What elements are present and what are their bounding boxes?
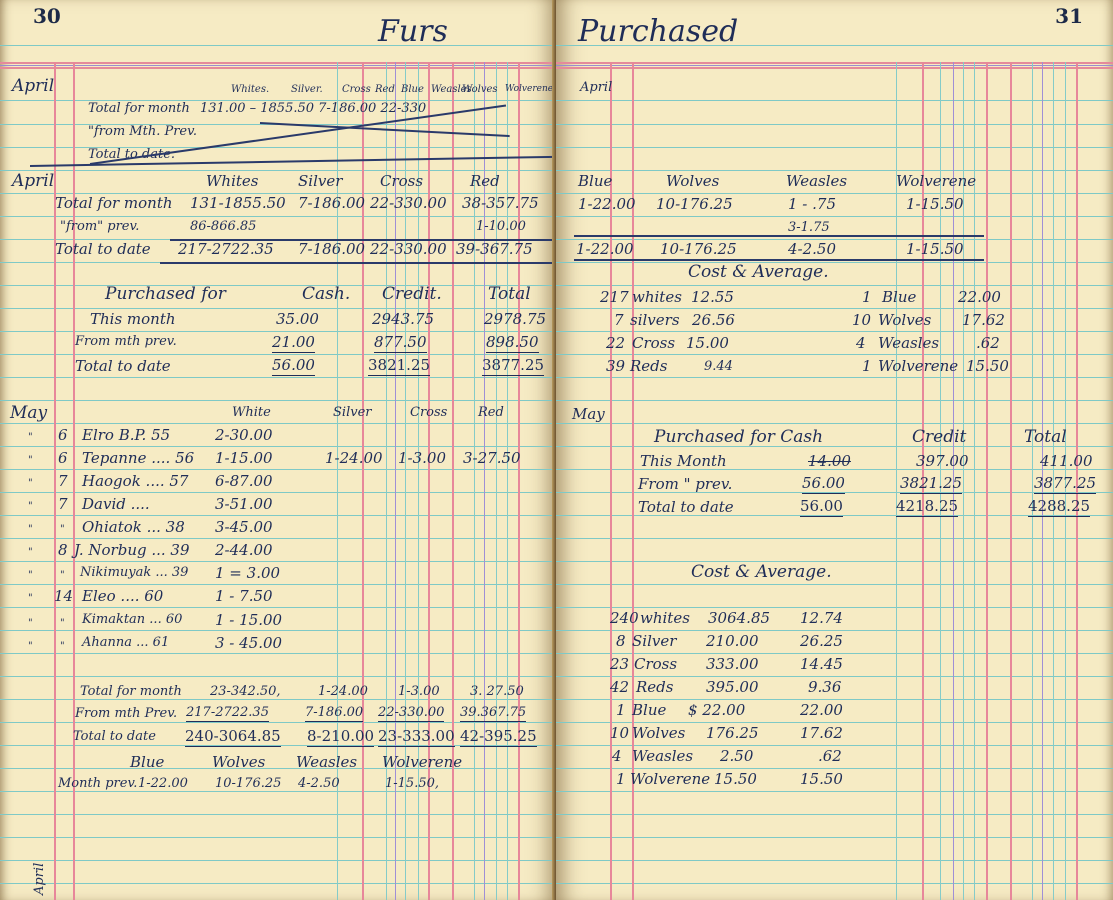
rule: [0, 45, 556, 46]
cost-qty: 23: [610, 655, 629, 673]
cost-qty: 1: [616, 770, 626, 788]
column-header: Red: [375, 84, 395, 95]
rule: [0, 699, 556, 700]
cell-credit: 877.50: [374, 333, 427, 353]
cost-total: 3064.85: [708, 609, 770, 627]
cost-qty: 4: [612, 747, 622, 765]
cost-name: whites: [632, 288, 682, 306]
cell-white: 240-3064.85: [185, 727, 281, 747]
margin-rule: [54, 62, 56, 900]
cell-silver: 1-24.00: [318, 684, 368, 699]
rule: [0, 65, 556, 66]
cell-total: 4288.25: [1028, 497, 1090, 517]
cost-avg: .62: [976, 334, 1000, 352]
cell-red: 3. 27.50: [470, 684, 524, 699]
rule: [0, 791, 556, 792]
rule: [0, 515, 556, 516]
entry-day: 6: [58, 426, 68, 444]
cost-total: 395.00: [706, 678, 759, 696]
cost-name: Cross: [634, 655, 677, 673]
cell-cross: 22-330.00: [370, 240, 447, 258]
column-header-red: Red: [478, 405, 504, 420]
row-values: 131.00 – 1855.50 7-186.00 22-330: [200, 101, 426, 116]
rule: [0, 630, 556, 631]
cell-whites: 131-1855.50: [190, 194, 286, 212]
entry-name: Tepanne .... 56: [82, 449, 194, 467]
cell-red: 39-367.75: [456, 240, 533, 258]
row-label: Total to date: [73, 729, 156, 744]
cell-whites: 217-2722.35: [178, 240, 274, 258]
rule: [556, 561, 1113, 562]
cost-avg: 9.36: [808, 678, 841, 696]
rule: [556, 400, 1113, 401]
page-title-purchased: Purchased: [578, 14, 738, 49]
cell-total: 2978.75: [484, 310, 546, 328]
rule: [556, 538, 1113, 539]
column-header-wolverene: Wolverene: [382, 753, 462, 771]
ditto-mark: ": [28, 570, 33, 581]
cell-total: 411.00: [1040, 452, 1093, 470]
column-header-cross: Cross: [380, 172, 423, 190]
row-label: Total to date: [75, 357, 171, 375]
cost-qty: 8: [616, 632, 626, 650]
cost-total: 176.25: [706, 724, 759, 742]
rule: [556, 768, 1113, 769]
column-header-white: White: [232, 405, 271, 420]
rule-red-top: [0, 62, 556, 64]
cost-avg: 17.62: [962, 311, 1005, 329]
ditto-mark: ": [28, 593, 33, 604]
row-label: Total for month: [88, 101, 190, 116]
cell-credit: 4218.25: [896, 497, 958, 517]
rule: [0, 400, 556, 401]
row-label: From mth Prev.: [75, 706, 177, 721]
column-rule: [1010, 62, 1012, 900]
ledger-page-right: 31 Purchased: [556, 0, 1113, 900]
cost-avg: 26.25: [800, 632, 843, 650]
cost-avg: 12.55: [691, 288, 734, 306]
section-heading: Cost & Average.: [688, 262, 829, 282]
cost-avg: 22.00: [958, 288, 1001, 306]
rule: [0, 883, 556, 884]
cost-qty: 4: [856, 334, 866, 352]
column-rule: [428, 62, 430, 900]
cell-cash-struck: 14.00: [808, 452, 851, 470]
rule: [0, 469, 556, 470]
cell-wolverene: 1-15.50: [906, 240, 964, 258]
cell-wolves: 10-176.25: [660, 240, 737, 258]
rule: [556, 308, 1113, 309]
column-header-silver: Silver: [333, 405, 371, 420]
rule: [556, 676, 1113, 677]
rule: [556, 722, 1113, 723]
column-header: Silver.: [291, 84, 323, 95]
rule: [0, 170, 556, 171]
ditto-mark: ": [28, 641, 33, 652]
cell-cash: 56.00: [800, 497, 843, 517]
rule: [0, 561, 556, 562]
column-header-wolves: Wolves: [666, 172, 719, 190]
entry-white: 3 - 45.00: [215, 634, 282, 652]
cell-credit: 3821.25: [900, 474, 962, 494]
cost-qty: 22: [606, 334, 625, 352]
column-rule: [986, 62, 988, 900]
row-label: This Month: [640, 452, 727, 470]
entry-name: Eleo .... 60: [82, 587, 163, 605]
rule: [556, 814, 1113, 815]
cost-qty: 217: [600, 288, 629, 306]
cell-weasles: 4-2.50: [788, 240, 836, 258]
rule: [0, 216, 556, 217]
rule: [556, 216, 1113, 217]
cost-name: Wolverene: [630, 770, 710, 788]
rule: [556, 65, 1113, 66]
cell-blue: 1-22.00: [578, 195, 636, 213]
row-label: Month prev.: [58, 776, 137, 791]
column-rule: [518, 62, 520, 900]
rule: [556, 193, 1113, 194]
entry-name: Nikimuyak ... 39: [80, 565, 188, 580]
cell-silver: 7-186.00: [298, 240, 365, 258]
month-label: April: [12, 171, 54, 191]
entry-white: 1 - 15.00: [215, 611, 282, 629]
row-label: Total for month: [55, 194, 173, 212]
cell-wolves: 10-176.25: [215, 776, 281, 791]
cell-red: 42-395.25: [460, 727, 537, 747]
entry-white: 1-15.00: [215, 449, 273, 467]
entry-cross: 1-3.00: [398, 449, 446, 467]
row-label: Total for month: [80, 684, 182, 699]
row-label: Total to date.: [88, 147, 175, 162]
column-header-credit: Credit.: [382, 284, 442, 304]
cell-red: 1-10.00: [476, 219, 526, 234]
entry-day: 14: [54, 587, 73, 605]
rule: [556, 791, 1113, 792]
row-label: Total to date: [638, 498, 734, 516]
cost-name: Wolverene: [878, 357, 958, 375]
cell-wolverene: 1-15.50: [906, 195, 964, 213]
cell-white: 217-2722.35: [186, 705, 269, 722]
cell-wolves: 10-176.25: [656, 195, 733, 213]
rule: [0, 492, 556, 493]
column-header-wolverene: Wolverene: [896, 172, 976, 190]
row-label: From " prev.: [638, 475, 732, 493]
column-header-red: Red: [470, 172, 500, 190]
entry-name: Ahanna ... 61: [82, 635, 169, 650]
cost-avg: 22.00: [800, 701, 843, 719]
entry-name: Ohiatok ... 38: [82, 518, 185, 536]
cell-white: 23-342.50,: [210, 684, 281, 699]
cell-credit: 2943.75: [372, 310, 434, 328]
cell-whites: 86-866.85: [190, 219, 256, 234]
section-heading: Purchased for Cash: [654, 427, 823, 447]
ditto-mark: ": [28, 478, 33, 489]
rule: [556, 331, 1113, 332]
cell-silver: 7-186.00: [305, 705, 363, 722]
cell-cash: 35.00: [276, 310, 319, 328]
rule: [556, 699, 1113, 700]
cost-qty: 1: [616, 701, 626, 719]
cost-name: Blue: [882, 288, 916, 306]
ditto-mark: ": [28, 501, 33, 512]
ledger-spread: 30 Furs: [0, 0, 1113, 900]
rule: [0, 768, 556, 769]
entry-white: 6-87.00: [215, 472, 273, 490]
entry-white: 3-45.00: [215, 518, 273, 536]
section-heading: Purchased for: [105, 284, 226, 304]
cost-name: Weasles: [878, 334, 939, 352]
cost-qty: 10: [852, 311, 871, 329]
rule: [556, 170, 1113, 171]
cost-name: silvers: [630, 311, 680, 329]
cell-cash: 56.00: [272, 356, 315, 376]
cost-qty: 39: [606, 357, 625, 375]
page-title-furs: Furs: [378, 14, 448, 49]
ditto-mark: ": [28, 455, 33, 466]
rule: [0, 308, 556, 309]
rule: [0, 837, 556, 838]
column-header-total: Total: [1024, 427, 1067, 447]
cell-credit: 3821.25: [368, 356, 430, 376]
cell-weasles: 1 - .75: [788, 195, 836, 213]
rule: [0, 354, 556, 355]
entry-name: Haogok .... 57: [82, 472, 188, 490]
column-header-cross: Cross: [410, 405, 447, 420]
cell-cross: 22-330.00: [370, 194, 447, 212]
cost-qty: 1: [862, 288, 872, 306]
cost-total: 210.00: [706, 632, 759, 650]
rule: [0, 285, 556, 286]
cost-qty: 42: [610, 678, 629, 696]
rule: [556, 100, 1113, 101]
cell-wolverene: 1-15.50,: [385, 776, 439, 791]
cost-avg: 12.74: [800, 609, 843, 627]
cost-name: Reds: [636, 678, 673, 696]
rule: [0, 331, 556, 332]
rule-red-top: [0, 67, 556, 69]
page-number-left: 30: [33, 4, 61, 28]
cost-avg: 15.50: [800, 770, 843, 788]
column-header-blue: Blue: [130, 753, 164, 771]
entry-name: J. Norbug ... 39: [74, 541, 190, 559]
entry-white: 2-44.00: [215, 541, 273, 559]
cell-total: 3877.25: [1034, 474, 1096, 494]
rule: [556, 262, 1113, 263]
cost-qty: 7: [614, 311, 624, 329]
cell-cash: 21.00: [272, 333, 315, 353]
column-rule: [452, 62, 454, 900]
rule: [0, 860, 556, 861]
column-header-cash: Cash.: [302, 284, 350, 304]
entry-day: ": [60, 618, 65, 629]
rule: [0, 653, 556, 654]
rule: [0, 538, 556, 539]
cell-cash: 56.00: [802, 474, 845, 494]
entry-silver: 1-24.00: [325, 449, 383, 467]
cost-avg: 15.00: [686, 334, 729, 352]
cost-qty: 10: [610, 724, 629, 742]
entry-red: 3-27.50: [463, 449, 521, 467]
month-label: May: [10, 403, 47, 423]
cell-credit: 397.00: [916, 452, 969, 470]
entry-white: 1 = 3.00: [215, 564, 280, 582]
cell-silver: 8-210.00: [307, 727, 374, 747]
rule-red-top: [556, 67, 1113, 69]
row-label: "from Mth. Prev.: [88, 124, 197, 139]
rule: [556, 285, 1113, 286]
rule: [556, 377, 1113, 378]
cost-avg: 15.50: [966, 357, 1009, 375]
rule: [556, 745, 1113, 746]
rule: [556, 423, 1113, 424]
rule: [0, 722, 556, 723]
column-header: Cross: [342, 84, 371, 95]
rule: [556, 45, 1113, 46]
cost-total: $ 22.00: [688, 701, 745, 719]
column-header: Wolverene: [505, 84, 553, 94]
cost-total: 333.00: [706, 655, 759, 673]
rule: [0, 147, 556, 148]
sum-underline: [574, 235, 984, 237]
rule: [0, 676, 556, 677]
cost-name: Weasles: [632, 747, 693, 765]
cell-weasles: 3-1.75: [788, 220, 830, 235]
cell-weasles: 4-2.50: [298, 776, 340, 791]
cost-name: Reds: [630, 357, 667, 375]
rule: [556, 354, 1113, 355]
month-label: April: [12, 76, 54, 96]
column-header-weasles: Weasles: [296, 753, 357, 771]
sum-underline: [160, 262, 555, 264]
column-header-whites: Whites: [206, 172, 258, 190]
cost-total: 15.50: [714, 770, 757, 788]
rule: [0, 584, 556, 585]
margin-rule: [73, 62, 75, 900]
ditto-mark: ": [28, 618, 33, 629]
entry-day: 7: [58, 472, 68, 490]
sum-underline: [574, 259, 984, 261]
rule: [0, 814, 556, 815]
column-rule: [1032, 62, 1033, 900]
entry-white: 3-51.00: [215, 495, 273, 513]
ditto-mark: ": [28, 524, 33, 535]
cost-name: Blue: [632, 701, 666, 719]
ditto-mark: ": [28, 432, 33, 443]
cell-total: 898.50: [486, 333, 539, 353]
rule: [556, 860, 1113, 861]
row-label: This month: [90, 310, 176, 328]
cell-blue: 1-22.00: [138, 776, 188, 791]
column-header: Blue: [401, 84, 424, 95]
margin-note-april: April: [32, 863, 47, 895]
entry-white: 2-30.00: [215, 426, 273, 444]
row-label: From mth prev.: [75, 334, 177, 349]
rule: [556, 837, 1113, 838]
cost-name: whites: [640, 609, 690, 627]
entry-day: ": [60, 641, 65, 652]
column-header-wolves: Wolves: [212, 753, 265, 771]
rule: [556, 584, 1113, 585]
cost-avg: 26.56: [692, 311, 735, 329]
row-label: Total to date: [55, 240, 151, 258]
section-heading: Cost & Average.: [691, 562, 832, 582]
rule: [556, 147, 1113, 148]
rule: [556, 607, 1113, 608]
month-label: May: [572, 405, 605, 423]
cell-red: 39.367.75: [460, 705, 526, 722]
entry-day: ": [60, 570, 65, 581]
entry-day: 6: [58, 449, 68, 467]
entry-white: 1 - 7.50: [215, 587, 273, 605]
column-header-silver: Silver: [298, 172, 342, 190]
rule: [0, 423, 556, 424]
entry-name: David ....: [82, 495, 150, 513]
entry-name: Kimaktan ... 60: [82, 612, 182, 627]
page-number-right: 31: [1055, 4, 1083, 28]
rule: [0, 446, 556, 447]
column-header: Whites.: [231, 84, 269, 95]
cost-name: Cross: [632, 334, 675, 352]
rule: [556, 630, 1113, 631]
cost-avg: .62: [818, 747, 842, 765]
column-header-credit: Credit: [912, 427, 966, 447]
cost-qty: 1: [862, 357, 872, 375]
entry-day: ": [60, 524, 65, 535]
column-header-weasles: Weasles: [786, 172, 847, 190]
rule-red-top: [556, 62, 1113, 64]
cell-cross: 1-3.00: [398, 684, 440, 699]
cost-qty: 240: [610, 609, 639, 627]
column-rule: [507, 62, 508, 900]
row-label: "from" prev.: [60, 219, 139, 234]
cell-red: 38-357.75: [462, 194, 539, 212]
cell-blue: 1-22.00: [576, 240, 634, 258]
cell-cross: 23-333.00: [378, 727, 455, 747]
cost-avg: 17.62: [800, 724, 843, 742]
column-header-total: Total: [488, 284, 531, 304]
rule: [556, 883, 1113, 884]
column-header: Wolves: [462, 84, 498, 95]
column-rule: [362, 62, 364, 900]
column-header-blue: Blue: [578, 172, 612, 190]
rule: [0, 377, 556, 378]
cost-name: Wolves: [632, 724, 685, 742]
rule: [556, 124, 1113, 125]
month-label: April: [580, 80, 612, 95]
entry-day: 8: [58, 541, 68, 559]
rule: [556, 653, 1113, 654]
entry-day: 7: [58, 495, 68, 513]
cost-name: Wolves: [878, 311, 931, 329]
cost-total: 2.50: [720, 747, 753, 765]
cell-cross: 22-330.00: [378, 705, 444, 722]
entry-name: Elro B.P. 55: [82, 426, 170, 444]
ditto-mark: ": [28, 547, 33, 558]
ledger-page-left: 30 Furs: [0, 0, 556, 900]
cost-avg: 14.45: [800, 655, 843, 673]
cost-avg: 9.44: [704, 359, 733, 374]
cell-silver: 7-186.00: [298, 194, 365, 212]
cell-total: 3877.25: [482, 356, 544, 376]
rule: [0, 607, 556, 608]
cost-name: Silver: [632, 632, 676, 650]
